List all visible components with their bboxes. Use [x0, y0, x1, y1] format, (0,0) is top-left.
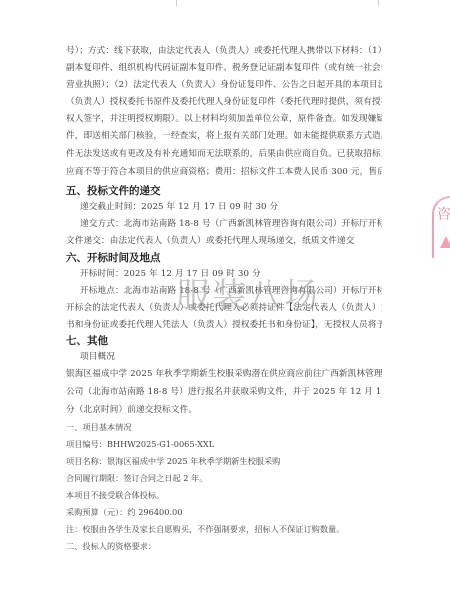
overview-subheading: 项目概况 — [80, 349, 382, 366]
paragraph-line: 件，即送相关部门核验，一经查实，将上报有关部门处理。如未能提供联系方式造成招标文 — [66, 128, 382, 145]
section-heading-submission: 五、投标文件的递交 — [66, 183, 161, 199]
qualification-heading: 二、投标人的资格要求： — [66, 538, 156, 554]
overview-text: 银海区福成中学 2025 年秋季学期新生校服采购潜在供应商应前往广西新凯林管理咨… — [66, 366, 382, 383]
paragraph-line: 件无法发送或有更改及有补充通知而无法联系的，后果由供应商自负。已获取招标文件的供 — [66, 146, 382, 163]
paragraph-line: 号）；方式：线下获取，由法定代表人（负责人）或委托代理人携带以下材料：（1）营业… — [66, 43, 382, 60]
project-name: 项目名称：银海区福成中学 2025 年秋季学期新生校服采购 — [66, 453, 280, 469]
submission-deadline: 递交截止时间：2025 年 12 月 17 日 09 时 30 分 — [80, 199, 382, 216]
red-seal-text: 咨 — [437, 204, 450, 224]
overview-text: 分（北京时间）前递交投标文件。 — [66, 402, 382, 419]
opening-place: 开标地点：北海市站南路 18-8 号（广西新凯林管理咨询有限公司）开标厅开标。参… — [80, 283, 382, 300]
scan-mark — [176, 0, 177, 6]
paragraph-line: 营业执照）；（2）法定代表人（负责人）身份证复印件、公告之日起开具的本项目法定代… — [66, 77, 382, 94]
scan-mark — [378, 0, 379, 6]
consortium-note: 本项目不接受联合体投标。 — [66, 487, 164, 503]
purchase-note: 注：校服由各学生及家长自愿购买，不作强制要求，招标人不保证订购数量。 — [66, 521, 344, 537]
paragraph-line: 应商不等于符合本项目的供应商资格；费用：招标文件工本费人民币 300 元，售后不… — [66, 164, 382, 181]
overview-text: 公司（北海市站南路 18-8 号）进行报名并获取采购文件，并于 2025 年 1… — [66, 384, 382, 401]
opening-time: 开标时间：2025 年 12 月 17 日 09 时 30 分 — [80, 266, 382, 283]
basic-info-heading: 一、项目基本情况 — [66, 419, 132, 435]
paragraph-line: （负责人）授权委托书原件及委托代理人身份证复印件（委托代理时提供，须有授权人及被… — [66, 94, 382, 111]
opening-place-cont: 开标会的法定代表人（负责人）或委托代理人必须持证件【法定代表人（负责人）凭资格证 — [66, 300, 382, 317]
budget: 采购预算（元）：约 296400.00 — [66, 504, 182, 520]
paragraph-line: 副本复印件、组织机构代码证副本复印件、税务登记证副本复印件（或有统一社会信用代码… — [66, 60, 382, 77]
opening-place-cont: 书和身份证或委托代理人凭法人（负责人）授权委托书和身份证】，无授权人员将予以拒绝… — [66, 317, 382, 334]
paragraph-line: 权人签字，并注明授权期限）。以上材料均须加盖单位公章，原件备查。如发现嫌疑虚假证 — [66, 111, 382, 128]
section-heading-opening: 六、开标时间及地点 — [66, 250, 161, 266]
submission-method: 递交方式：北海市站南路 18-8 号（广西新凯林管理咨询有限公司）开标厅开标。投… — [80, 216, 382, 233]
section-heading-other: 七、其他 — [66, 333, 108, 349]
project-number: 项目编号：BHHW2025-G1-0065-XXL — [66, 436, 214, 452]
red-seal-star-icon — [440, 236, 450, 248]
contract-period: 合同履行期限：签订合同之日起 2 年。 — [66, 470, 207, 486]
document-page: 号）；方式：线下获取，由法定代表人（负责人）或委托代理人携带以下材料：（1）营业… — [0, 0, 450, 600]
submission-method-cont: 文件递交：由法定代表人（负责人）或委托代理人现场递交，纸质文件递交 — [66, 233, 382, 250]
